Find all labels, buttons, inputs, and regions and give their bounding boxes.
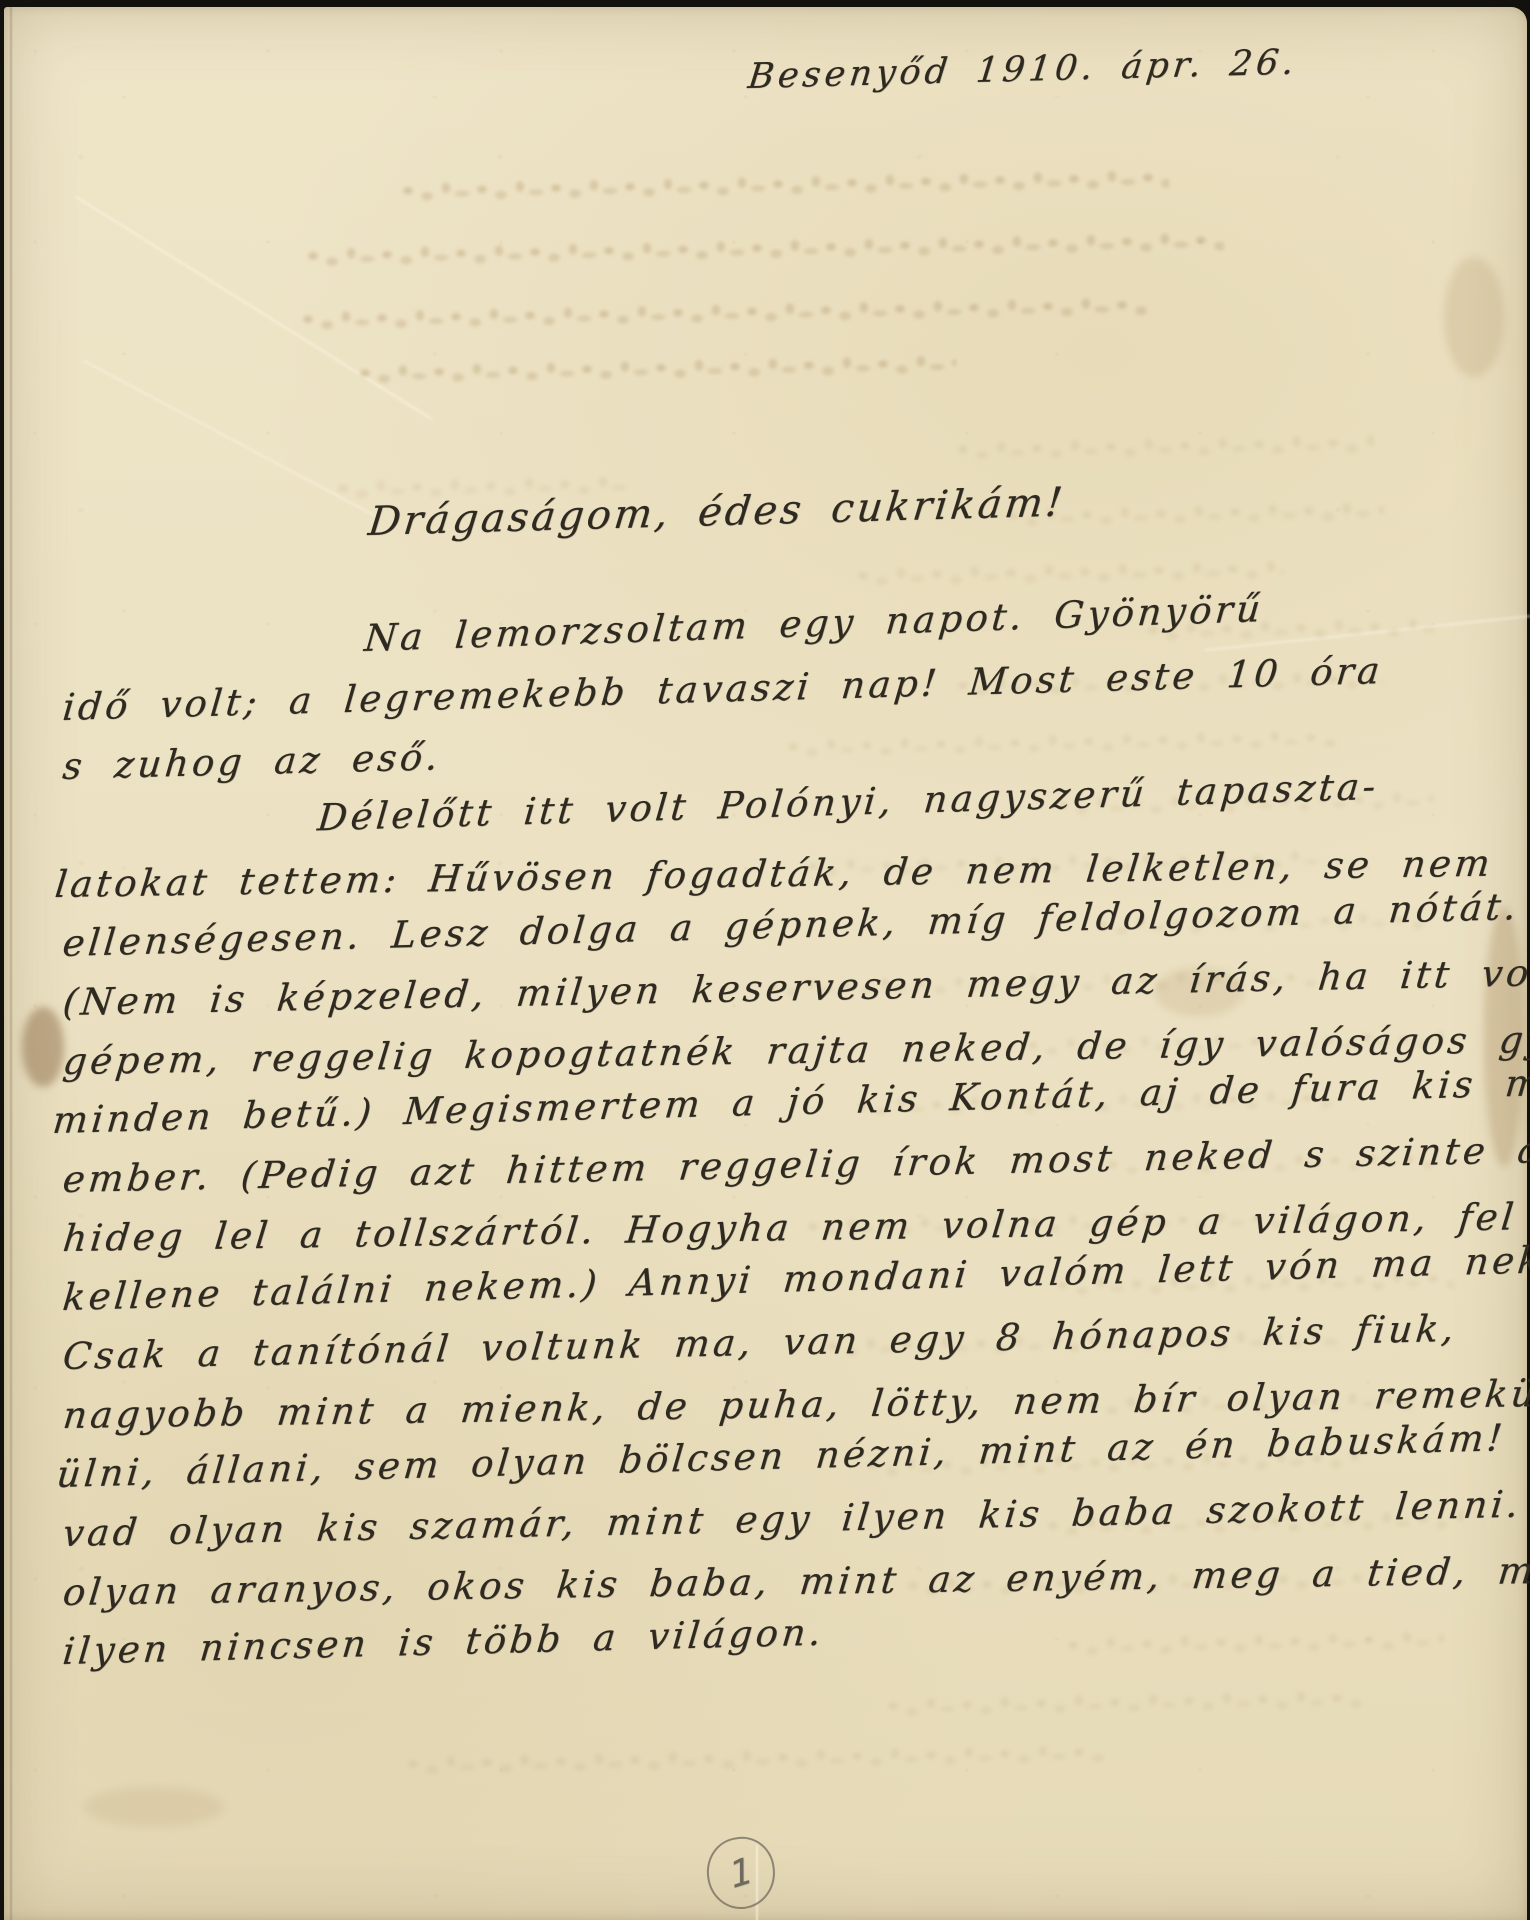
ink-bleedthrough: [404, 1743, 1104, 1779]
paper-stain: [22, 1007, 64, 1087]
crease-line: [10, 7, 12, 1920]
crease-line: [83, 360, 375, 517]
ink-bleedthrough: [884, 1689, 1364, 1721]
letter-page: Besenyőd 1910. ápr. 26. Drágaságom, édes…: [4, 7, 1527, 1920]
ink-bleedthrough: [954, 433, 1374, 464]
scan-background: { "page": { "kind": "Handwritten letter,…: [0, 0, 1530, 1920]
ink-bleedthrough: [299, 296, 1149, 335]
paper-stain: [84, 1787, 224, 1827]
page-number-circle: 1: [703, 1833, 779, 1913]
ink-bleedthrough: [304, 231, 1224, 271]
dateline: Besenyőd 1910. ápr. 26.: [746, 40, 1390, 97]
page-number: 1: [726, 1849, 756, 1896]
paper-stain: [1444, 257, 1504, 377]
letter-body: Na lemorzsoltam egy napot. Gyönyörű idő …: [60, 619, 1500, 1681]
ink-bleedthrough: [356, 354, 956, 388]
ink-bleedthrough: [399, 168, 1169, 205]
